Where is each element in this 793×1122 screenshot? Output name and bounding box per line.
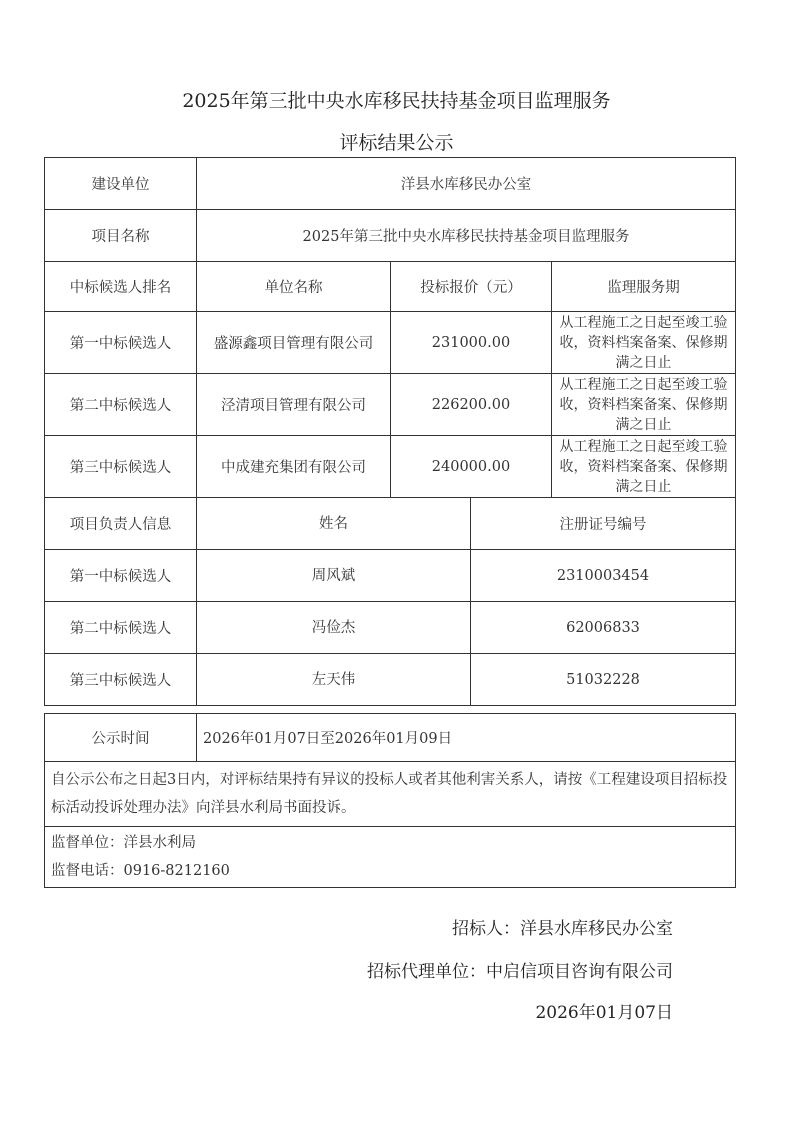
header-rank: 中标候选人排名 <box>45 262 197 312</box>
table-header-row: 中标候选人排名 单位名称 投标报价（元） 监理服务期 <box>45 262 736 312</box>
header-manager-info: 项目负责人信息 <box>45 498 197 550</box>
candidate-rank: 第一中标候选人 <box>45 312 197 374</box>
candidate-period: 从工程施工之日起至竣工验收，资料档案备案、保修期满之日止 <box>552 374 736 436</box>
publicity-table: 公示时间 2026年01月07日至2026年01月09日 自公示公布之日起3日内… <box>44 713 736 888</box>
notice-row: 自公示公布之日起3日内，对评标结果持有异议的投标人或者其他利害关系人，请按《工程… <box>45 762 736 827</box>
candidate-company: 盛源鑫项目管理有限公司 <box>197 312 391 374</box>
header-period: 监理服务期 <box>552 262 736 312</box>
supervision-cell: 监督单位：洋县水利局 监督电话：0916-8212160 <box>45 827 736 888</box>
signature-date: 2026年01月07日 <box>535 998 673 1023</box>
candidates-table: 建设单位 洋县水库移民办公室 项目名称 2025年第三批中央水库移民扶持基金项目… <box>44 157 736 498</box>
table-row: 第三中标候选人 中成建充集团有限公司 240000.00 从工程施工之日起至竣工… <box>45 436 736 498</box>
tenderer: 招标人：洋县水库移民办公室 <box>452 914 673 939</box>
header-cert: 注册证号编号 <box>471 498 736 550</box>
candidate-price: 240000.00 <box>391 436 552 498</box>
manager-name: 左天伟 <box>197 654 471 706</box>
owner-label: 建设单位 <box>45 158 197 210</box>
candidate-rank: 第三中标候选人 <box>45 436 197 498</box>
manager-rank: 第二中标候选人 <box>45 602 197 654</box>
candidate-period: 从工程施工之日起至竣工验收，资料档案备案、保修期满之日止 <box>552 312 736 374</box>
manager-rank: 第三中标候选人 <box>45 654 197 706</box>
tender-agent: 招标代理单位：中启信项目咨询有限公司 <box>367 957 673 982</box>
project-value: 2025年第三批中央水库移民扶持基金项目监理服务 <box>197 210 736 262</box>
table-row: 第二中标候选人 泾清项目管理有限公司 226200.00 从工程施工之日起至竣工… <box>45 374 736 436</box>
publicity-time-row: 公示时间 2026年01月07日至2026年01月09日 <box>45 714 736 762</box>
header-company: 单位名称 <box>197 262 391 312</box>
candidate-price: 231000.00 <box>391 312 552 374</box>
publicity-time-label: 公示时间 <box>45 714 197 762</box>
supervisor-unit: 监督单位：洋县水利局 <box>51 829 729 857</box>
supervisor-phone: 监督电话：0916-8212160 <box>51 857 729 885</box>
header-name: 姓名 <box>197 498 471 550</box>
project-row: 项目名称 2025年第三批中央水库移民扶持基金项目监理服务 <box>45 210 736 262</box>
candidate-company: 泾清项目管理有限公司 <box>197 374 391 436</box>
table-header-row: 项目负责人信息 姓名 注册证号编号 <box>45 498 736 550</box>
owner-value: 洋县水库移民办公室 <box>197 158 736 210</box>
table-row: 第二中标候选人 冯俭杰 62006833 <box>45 602 736 654</box>
candidate-price: 226200.00 <box>391 374 552 436</box>
supervision-row: 监督单位：洋县水利局 监督电话：0916-8212160 <box>45 827 736 888</box>
manager-cert: 51032228 <box>471 654 736 706</box>
candidate-period: 从工程施工之日起至竣工验收，资料档案备案、保修期满之日止 <box>552 436 736 498</box>
candidate-company: 中成建充集团有限公司 <box>197 436 391 498</box>
manager-name: 冯俭杰 <box>197 602 471 654</box>
table-row: 第一中标候选人 盛源鑫项目管理有限公司 231000.00 从工程施工之日起至竣… <box>45 312 736 374</box>
manager-table: 项目负责人信息 姓名 注册证号编号 第一中标候选人 周风斌 2310003454… <box>44 497 736 706</box>
manager-name: 周风斌 <box>197 550 471 602</box>
table-row: 第一中标候选人 周风斌 2310003454 <box>45 550 736 602</box>
manager-cert: 62006833 <box>471 602 736 654</box>
project-label: 项目名称 <box>45 210 197 262</box>
owner-row: 建设单位 洋县水库移民办公室 <box>45 158 736 210</box>
document-subtitle: 评标结果公示 <box>0 128 793 155</box>
candidate-rank: 第二中标候选人 <box>45 374 197 436</box>
publicity-time-value: 2026年01月07日至2026年01月09日 <box>197 714 736 762</box>
table-row: 第三中标候选人 左天伟 51032228 <box>45 654 736 706</box>
complaint-notice: 自公示公布之日起3日内，对评标结果持有异议的投标人或者其他利害关系人，请按《工程… <box>45 762 736 827</box>
header-price: 投标报价（元） <box>391 262 552 312</box>
manager-rank: 第一中标候选人 <box>45 550 197 602</box>
manager-cert: 2310003454 <box>471 550 736 602</box>
document-title: 2025年第三批中央水库移民扶持基金项目监理服务 <box>0 86 793 113</box>
